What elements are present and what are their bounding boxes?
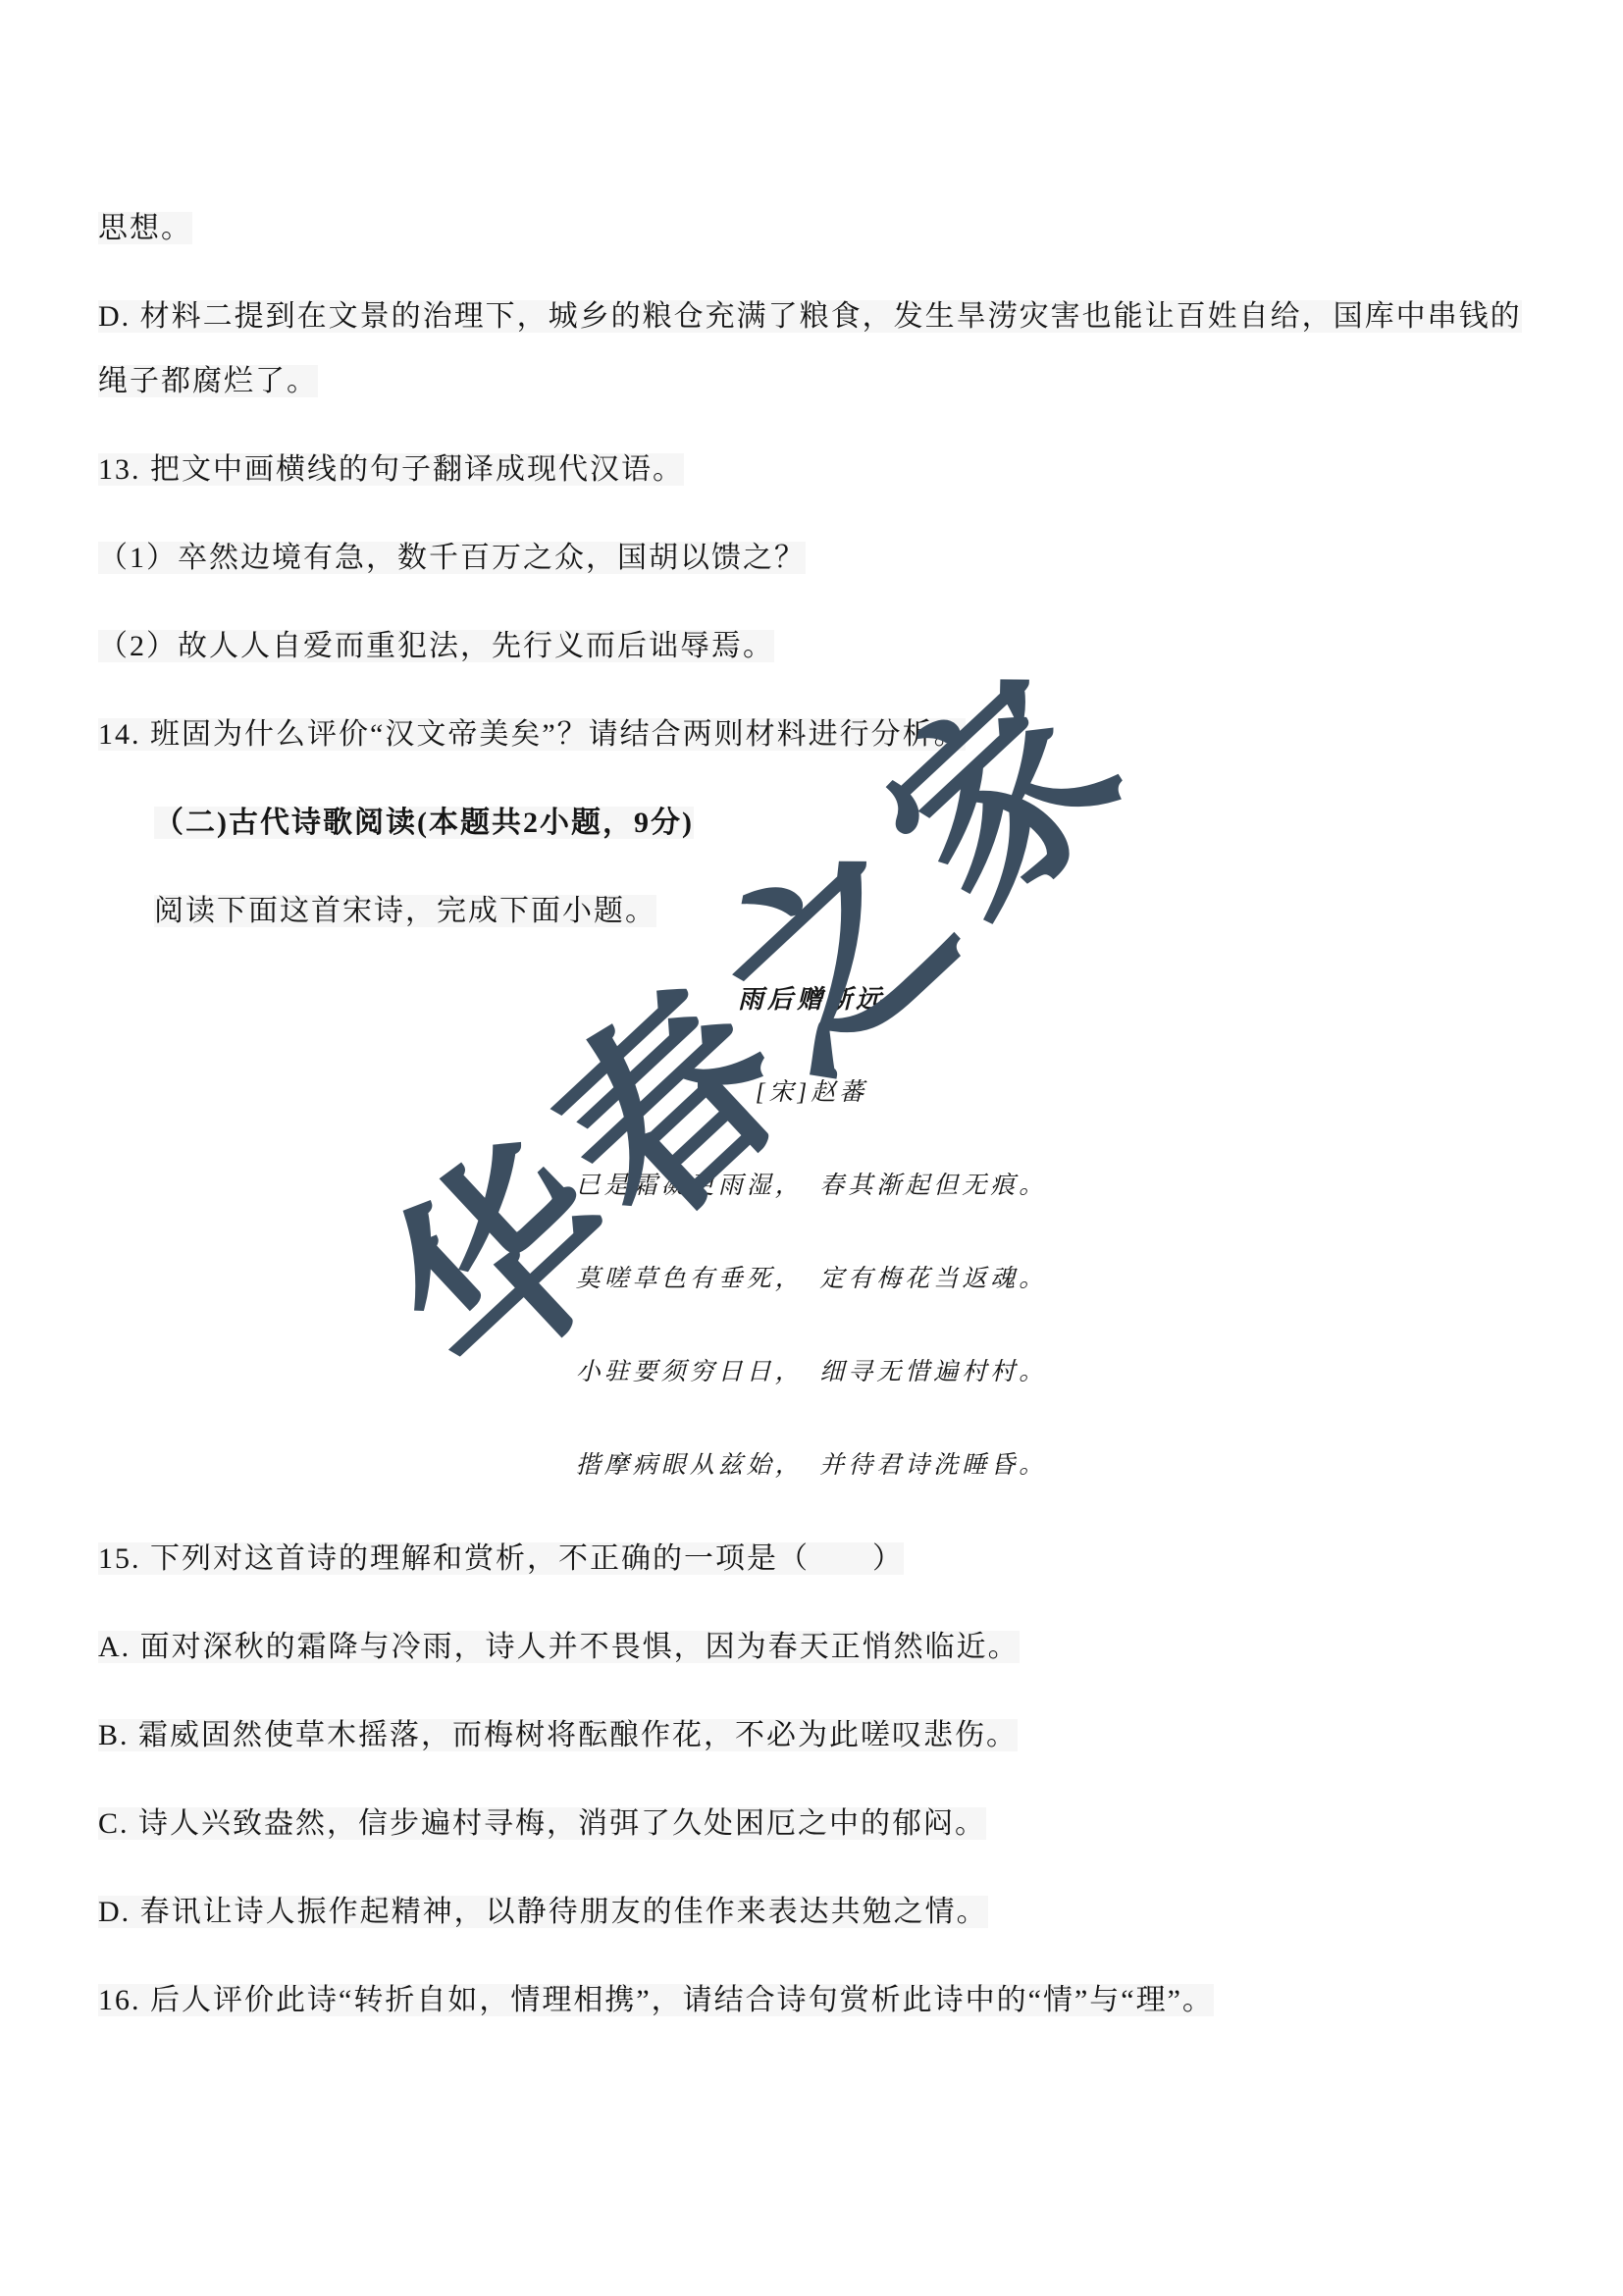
poem-line: 已是霜凝更雨湿， 春其渐起但无痕。 <box>98 1154 1525 1219</box>
exam-page: 思想。 D. 材料二提到在文景的治理下，城乡的粮仓充满了粮食，发生旱涝灾害也能让… <box>0 0 1623 2296</box>
question-14: 14. 班固为什么评价“汉文帝美矣”？请结合两则材料进行分析。 <box>98 703 1525 767</box>
question-13-sub2-text: （2）故人人自爱而重犯法，先行义而后诎辱焉。 <box>98 630 774 662</box>
fragment-text: 思想。 <box>98 212 192 244</box>
paragraph-fragment: 思想。 <box>98 196 1525 261</box>
poem-line: 莫嗟草色有垂死， 定有梅花当返魂。 <box>98 1247 1525 1312</box>
question-15-option-c: C. 诗人兴致盎然，信步遍村寻梅，消弭了久处困厄之中的郁闷。 <box>98 1792 1525 1856</box>
question-13-sub2: （2）故人人自爱而重犯法，先行义而后诎辱焉。 <box>98 614 1525 679</box>
question-13-text: 13. 把文中画横线的句子翻译成现代汉语。 <box>98 453 684 486</box>
question-15-option-a: A. 面对深秋的霜降与冷雨，诗人并不畏惧，因为春天正悄然临近。 <box>98 1615 1525 1680</box>
option-d-material-text: D. 材料二提到在文景的治理下，城乡的粮仓充满了粮食，发生旱涝灾害也能让百姓自给… <box>98 300 1522 397</box>
section-heading-text: （二)古代诗歌阅读(本题共2小题，9分) <box>154 807 694 839</box>
question-14-text: 14. 班固为什么评价“汉文帝美矣”？请结合两则材料进行分析。 <box>98 718 966 751</box>
poem-intro-text: 阅读下面这首宋诗，完成下面小题。 <box>154 895 656 927</box>
question-15-text: 15. 下列对这首诗的理解和赏析，不正确的一项是（ ） <box>98 1542 904 1575</box>
question-16: 16. 后人评价此诗“转折自如，情理相携”，请结合诗句赏析此诗中的“情”与“理”… <box>98 1968 1525 2033</box>
question-15-option-d: D. 春讯让诗人振作起精神，以静待朋友的佳作来表达共勉之情。 <box>98 1880 1525 1945</box>
option-d-material: D. 材料二提到在文景的治理下，城乡的粮仓充满了粮食，发生旱涝灾害也能让百姓自给… <box>98 285 1525 414</box>
question-15: 15. 下列对这首诗的理解和赏析，不正确的一项是（ ） <box>98 1527 1525 1592</box>
question-13-sub1-text: （1）卒然边境有急，数千百万之众，国胡以馈之？ <box>98 542 806 574</box>
question-13-sub1: （1）卒然边境有急，数千百万之众，国胡以馈之？ <box>98 526 1525 591</box>
poem-line: 揩摩病眼从兹始， 并待君诗洗睡昏。 <box>98 1434 1525 1498</box>
question-15-option-b: B. 霜威固然使草木摇落，而梅树将酝酿作花，不必为此嗟叹悲伤。 <box>98 1703 1525 1768</box>
question-16-text: 16. 后人评价此诗“转折自如，情理相携”，请结合诗句赏析此诗中的“情”与“理”… <box>98 1984 1214 2016</box>
poem-line: 小驻要须穷日日， 细寻无惜遍村村。 <box>98 1340 1525 1405</box>
question-13: 13. 把文中画横线的句子翻译成现代汉语。 <box>98 438 1525 502</box>
